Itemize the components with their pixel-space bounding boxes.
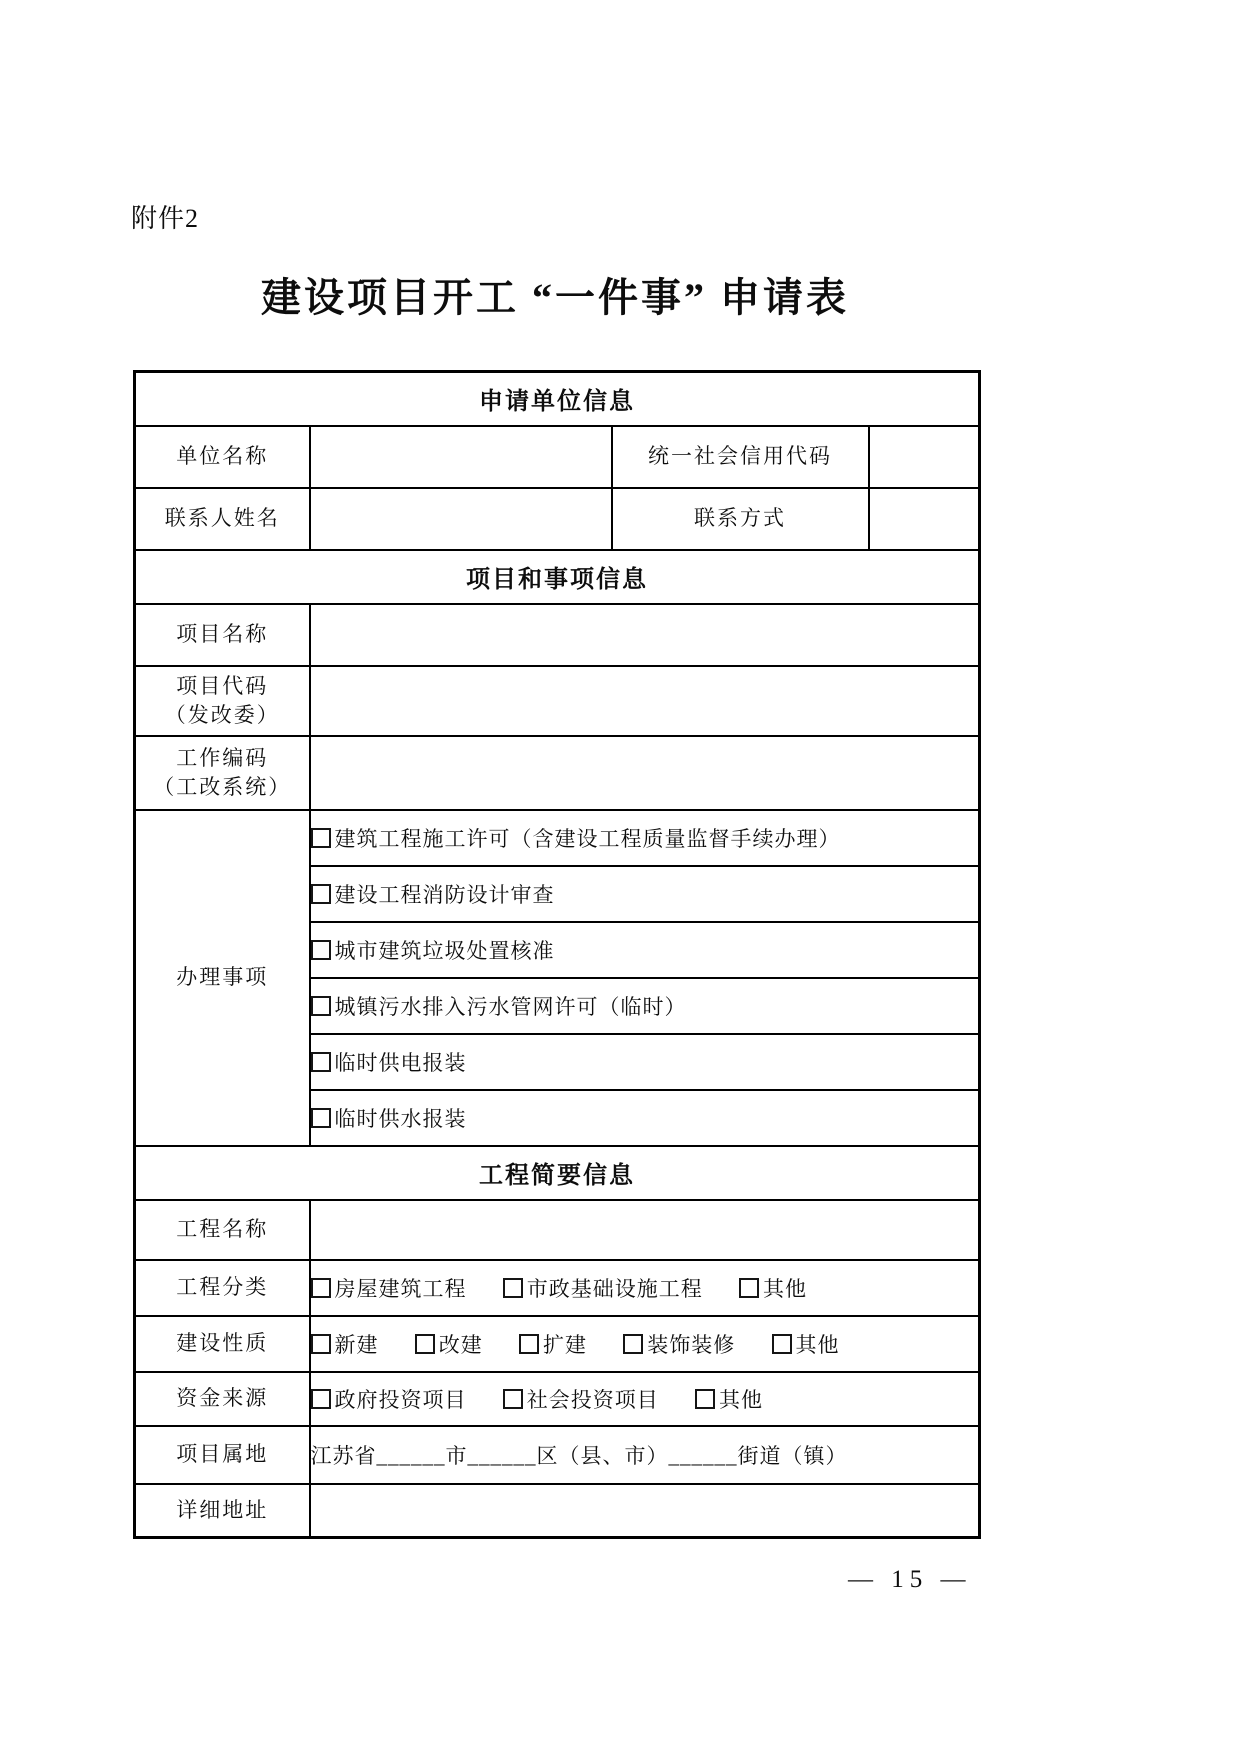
- table-row: 项目名称: [135, 604, 980, 666]
- nature-option: 扩建: [519, 1333, 587, 1357]
- address-label: 详细地址: [135, 1484, 310, 1538]
- matter-item-label: 临时供电报装: [335, 1051, 467, 1075]
- work-code-label-line2: （工改系统）: [136, 773, 309, 801]
- matter-item-label: 城镇污水排入污水管网许可（临时）: [335, 995, 687, 1019]
- matter-item-label: 临时供水报装: [335, 1107, 467, 1131]
- checkbox-icon[interactable]: [311, 1278, 331, 1298]
- matter-item-cell: 建筑工程施工许可（含建设工程质量监督手续办理）: [310, 810, 980, 866]
- option-label: 社会投资项目: [527, 1388, 659, 1412]
- matter-item-label: 城市建筑垃圾处置核准: [335, 939, 555, 963]
- matters-label: 办理事项: [135, 810, 310, 1146]
- funding-option: 政府投资项目: [311, 1388, 467, 1412]
- unit-name-value-cell[interactable]: [310, 426, 612, 488]
- checkbox-icon[interactable]: [695, 1389, 715, 1409]
- project-code-label: 项目代码 （发改委）: [135, 666, 310, 736]
- table-row: 联系人姓名 联系方式: [135, 488, 980, 550]
- matter-item-cell: 城镇污水排入污水管网许可（临时）: [310, 978, 980, 1034]
- checkbox-icon[interactable]: [623, 1334, 643, 1354]
- option-label: 新建: [335, 1333, 379, 1357]
- option-label: 改建: [439, 1333, 483, 1357]
- checkbox-icon[interactable]: [503, 1278, 523, 1298]
- matter-item-cell: 临时供电报装: [310, 1034, 980, 1090]
- option-label: 其他: [763, 1277, 807, 1301]
- credit-code-label: 统一社会信用代码: [612, 426, 869, 488]
- classification-option: 其他: [739, 1277, 807, 1301]
- funding-label: 资金来源: [135, 1372, 310, 1426]
- project-code-label-line1: 项目代码: [136, 672, 309, 700]
- nature-label: 建设性质: [135, 1316, 310, 1372]
- application-form-table: 申请单位信息 单位名称 统一社会信用代码 联系人姓名 联系方式 项目和事项信息 …: [133, 370, 981, 1539]
- checkbox-icon[interactable]: [519, 1334, 539, 1354]
- checkbox-icon[interactable]: [772, 1334, 792, 1354]
- section-row-brief: 工程简要信息: [135, 1146, 980, 1200]
- funding-options-cell: 政府投资项目 社会投资项目 其他: [310, 1372, 980, 1426]
- checkbox-icon[interactable]: [739, 1278, 759, 1298]
- contact-name-value-cell[interactable]: [310, 488, 612, 550]
- project-code-label-line2: （发改委）: [136, 701, 309, 729]
- checkbox-icon[interactable]: [311, 1334, 331, 1354]
- matter-item-cell: 城市建筑垃圾处置核准: [310, 922, 980, 978]
- section-row-applicant: 申请单位信息: [135, 372, 980, 426]
- nature-option: 新建: [311, 1333, 379, 1357]
- attachment-label: 附件2: [131, 198, 199, 235]
- section-header-applicant-info: 申请单位信息: [135, 372, 980, 426]
- contact-name-label: 联系人姓名: [135, 488, 310, 550]
- checkbox-icon[interactable]: [311, 828, 331, 848]
- nature-option: 其他: [772, 1333, 840, 1357]
- work-code-value-cell[interactable]: [310, 736, 980, 810]
- work-name-value-cell[interactable]: [310, 1200, 980, 1260]
- classification-label: 工程分类: [135, 1260, 310, 1316]
- funding-option: 社会投资项目: [503, 1388, 659, 1412]
- table-row: 单位名称 统一社会信用代码: [135, 426, 980, 488]
- location-value: 江苏省______市______区（县、市）______街道（镇）: [310, 1426, 980, 1484]
- matter-item-label: 建设工程消防设计审查: [335, 883, 555, 907]
- checkbox-icon[interactable]: [311, 1108, 331, 1128]
- option-label: 市政基础设施工程: [527, 1277, 703, 1301]
- work-code-label-line1: 工作编码: [136, 744, 309, 772]
- table-row: 资金来源 政府投资项目 社会投资项目 其他: [135, 1372, 980, 1426]
- checkbox-icon[interactable]: [311, 884, 331, 904]
- credit-code-value-cell[interactable]: [869, 426, 980, 488]
- nature-option: 装饰装修: [623, 1333, 735, 1357]
- table-row: 项目属地 江苏省______市______区（县、市）______街道（镇）: [135, 1426, 980, 1484]
- checkbox-icon[interactable]: [311, 996, 331, 1016]
- project-code-value-cell[interactable]: [310, 666, 980, 736]
- section-row-project: 项目和事项信息: [135, 550, 980, 604]
- page-number: — 15 —: [848, 1566, 972, 1594]
- work-name-label: 工程名称: [135, 1200, 310, 1260]
- project-name-label: 项目名称: [135, 604, 310, 666]
- checkbox-icon[interactable]: [311, 1389, 331, 1409]
- table-row: 工作编码 （工改系统）: [135, 736, 980, 810]
- classification-option: 房屋建筑工程: [311, 1277, 467, 1301]
- nature-options-cell: 新建 改建 扩建 装饰装修 其他: [310, 1316, 980, 1372]
- address-value-cell[interactable]: [310, 1484, 980, 1538]
- contact-method-value-cell[interactable]: [869, 488, 980, 550]
- option-label: 其他: [719, 1388, 763, 1412]
- table-row: 建设性质 新建 改建 扩建 装饰装修 其他: [135, 1316, 980, 1372]
- matter-item-cell: 临时供水报装: [310, 1090, 980, 1146]
- work-code-label: 工作编码 （工改系统）: [135, 736, 310, 810]
- option-label: 装饰装修: [647, 1333, 735, 1357]
- checkbox-icon[interactable]: [503, 1389, 523, 1409]
- project-name-value-cell[interactable]: [310, 604, 980, 666]
- option-label: 其他: [796, 1333, 840, 1357]
- funding-option: 其他: [695, 1388, 763, 1412]
- location-label: 项目属地: [135, 1426, 310, 1484]
- option-label: 政府投资项目: [335, 1388, 467, 1412]
- table-row: 项目代码 （发改委）: [135, 666, 980, 736]
- page-title: 建设项目开工 “一件事” 申请表: [0, 266, 1110, 323]
- classification-option: 市政基础设施工程: [503, 1277, 703, 1301]
- matter-item-row: 办理事项 建筑工程施工许可（含建设工程质量监督手续办理）: [135, 810, 980, 866]
- table-row: 工程分类 房屋建筑工程 市政基础设施工程 其他: [135, 1260, 980, 1316]
- section-header-project-brief-info: 工程简要信息: [135, 1146, 980, 1200]
- table-row: 详细地址: [135, 1484, 980, 1538]
- checkbox-icon[interactable]: [311, 1052, 331, 1072]
- contact-method-label: 联系方式: [612, 488, 869, 550]
- nature-option: 改建: [415, 1333, 483, 1357]
- option-label: 扩建: [543, 1333, 587, 1357]
- unit-name-label: 单位名称: [135, 426, 310, 488]
- checkbox-icon[interactable]: [415, 1334, 435, 1354]
- section-header-project-matters-info: 项目和事项信息: [135, 550, 980, 604]
- matter-item-label: 建筑工程施工许可（含建设工程质量监督手续办理）: [335, 827, 841, 851]
- matter-item-cell: 建设工程消防设计审查: [310, 866, 980, 922]
- table-row: 工程名称: [135, 1200, 980, 1260]
- checkbox-icon[interactable]: [311, 940, 331, 960]
- classification-options-cell: 房屋建筑工程 市政基础设施工程 其他: [310, 1260, 980, 1316]
- option-label: 房屋建筑工程: [335, 1277, 467, 1301]
